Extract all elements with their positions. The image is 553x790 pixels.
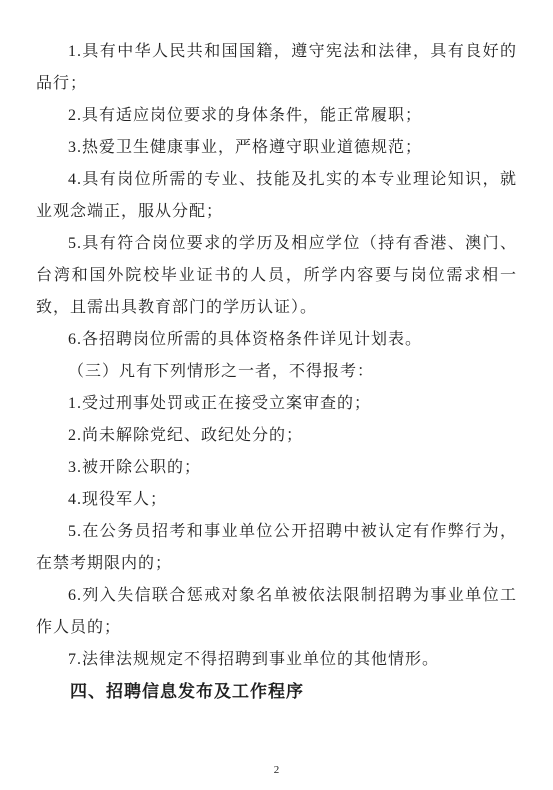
document-paragraph: 3.热爱卫生健康事业，严格遵守职业道德规范； [36, 132, 517, 164]
document-paragraph: 4.现役军人； [36, 484, 517, 516]
document-paragraph: 6.各招聘岗位所需的具体资格条件详见计划表。 [36, 324, 517, 356]
document-paragraph: 3.被开除公职的； [36, 452, 517, 484]
document-paragraph: 1.具有中华人民共和国国籍，遵守宪法和法律，具有良好的品行； [36, 36, 517, 100]
document-paragraph: 2.尚未解除党纪、政纪处分的； [36, 420, 517, 452]
document-body: 1.具有中华人民共和国国籍，遵守宪法和法律，具有良好的品行；2.具有适应岗位要求… [36, 36, 517, 708]
document-paragraph: 5.在公务员招考和事业单位公开招聘中被认定有作弊行为，在禁考期限内的； [36, 516, 517, 580]
page-number: 2 [0, 764, 553, 776]
document-paragraph: 1.受过刑事处罚或正在接受立案审查的； [36, 388, 517, 420]
document-paragraph: 5.具有符合岗位要求的学历及相应学位（持有香港、澳门、台湾和国外院校毕业证书的人… [36, 228, 517, 324]
document-paragraph: 2.具有适应岗位要求的身体条件，能正常履职； [36, 100, 517, 132]
document-paragraph: 4.具有岗位所需的专业、技能及扎实的本专业理论知识，就业观念端正，服从分配； [36, 164, 517, 228]
document-paragraph: 7.法律法规规定不得招聘到事业单位的其他情形。 [36, 644, 517, 676]
document-paragraph: 6.列入失信联合惩戒对象名单被依法限制招聘为事业单位工作人员的； [36, 580, 517, 644]
document-paragraph: （三）凡有下列情形之一者，不得报考： [36, 356, 517, 388]
section-heading: 四、招聘信息发布及工作程序 [36, 676, 517, 708]
document-page: 1.具有中华人民共和国国籍，遵守宪法和法律，具有良好的品行；2.具有适应岗位要求… [0, 0, 553, 790]
